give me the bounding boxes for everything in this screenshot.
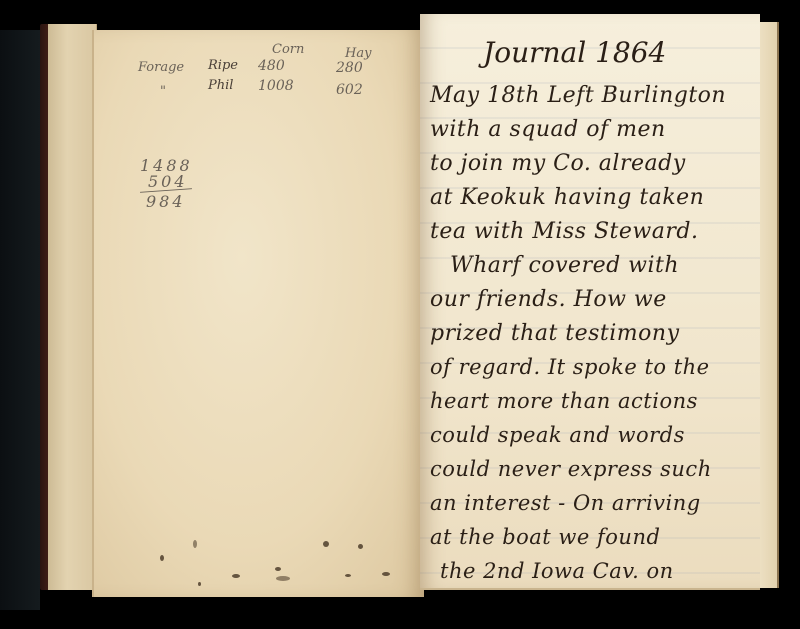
ledger-row-hay: 602 (336, 82, 363, 98)
ledger-header-corn: Corn (272, 42, 304, 57)
journal-line: prized that testimony (430, 321, 680, 346)
journal-line: heart more than actions (430, 389, 698, 413)
left-page-stack (48, 24, 97, 590)
left-page (92, 30, 424, 597)
journal-line: an interest - On arriving (430, 491, 701, 515)
journal-line: could speak and words (430, 423, 685, 447)
arithmetic-result: 984 (146, 192, 186, 211)
journal-line: of regard. It spoke to the (430, 355, 710, 379)
journal-line: at Keokuk having taken (430, 185, 704, 210)
background-shadow (0, 30, 40, 610)
journal-line: at the boat we found (430, 525, 660, 549)
ledger-header-hay: Hay (345, 46, 371, 61)
ledger-row-sub: Ripe (208, 58, 238, 73)
ledger-row-label: Forage (138, 60, 184, 75)
ledger-row-hay: 280 (336, 60, 363, 76)
ledger-row-corn: 1008 (258, 78, 294, 94)
journal-line: the 2nd Iowa Cav. on (440, 559, 674, 583)
journal-line: Wharf covered with (450, 253, 679, 278)
journal-line: tea with Miss Steward. (430, 219, 698, 244)
ledger-row-sub: Phil (208, 78, 233, 93)
journal-line: May 18th Left Burlington (430, 83, 726, 108)
journal-line: with a squad of men (430, 117, 666, 142)
journal-line: could never express such (430, 457, 712, 481)
ledger-row-label: " (160, 84, 166, 99)
ledger-row-corn: 480 (258, 58, 285, 74)
journal-title: Journal 1864 (483, 36, 666, 69)
journal-line: to join my Co. already (430, 151, 686, 176)
journal-line: our friends. How we (430, 287, 667, 312)
